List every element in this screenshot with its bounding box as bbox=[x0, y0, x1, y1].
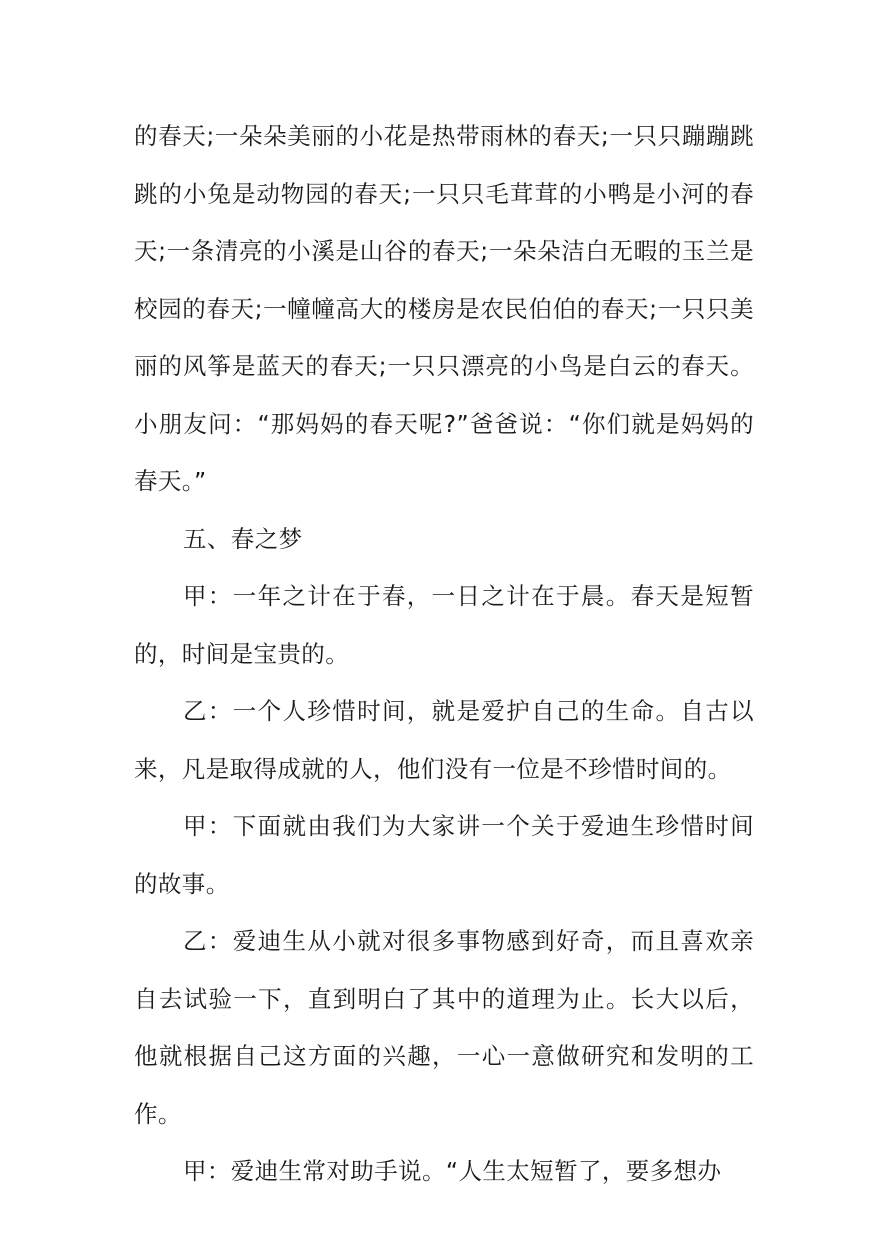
dialogue-paragraph-jia-1: 甲：一年之计在于春，一日之计在于晨。春天是短暂的，时间是宝贵的。 bbox=[134, 568, 754, 683]
paragraph-spring-of-things: 的春天;一朵朵美丽的小花是热带雨林的春天;一只只蹦蹦跳跳的小兔是动物园的春天;一… bbox=[134, 108, 754, 511]
dialogue-paragraph-yi-1: 乙：一个人珍惜时间，就是爱护自己的生命。自古以来，凡是取得成就的人，他们没有一位… bbox=[134, 683, 754, 798]
dialogue-paragraph-jia-3: 甲：爱迪生常对助手说。“人生太短暂了，要多想办 bbox=[134, 1143, 754, 1201]
section-heading: 五、春之梦 bbox=[134, 511, 754, 569]
dialogue-paragraph-jia-2: 甲：下面就由我们为大家讲一个关于爱迪生珍惜时间的故事。 bbox=[134, 798, 754, 913]
document-page: 的春天;一朵朵美丽的小花是热带雨林的春天;一只只蹦蹦跳跳的小兔是动物园的春天;一… bbox=[134, 108, 754, 1201]
dialogue-paragraph-yi-2: 乙：爱迪生从小就对很多事物感到好奇，而且喜欢亲自去试验一下，直到明白了其中的道理… bbox=[134, 913, 754, 1143]
